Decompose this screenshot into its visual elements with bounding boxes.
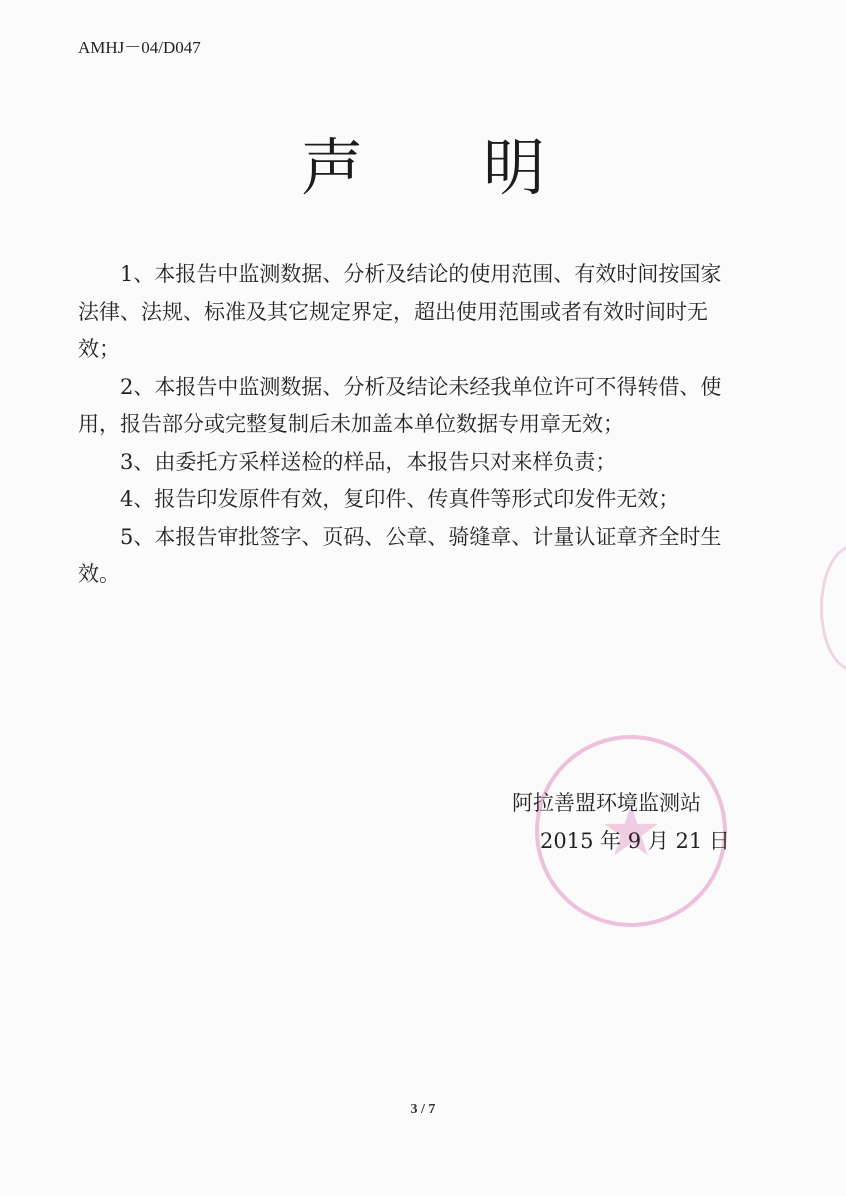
clause-2: 2、本报告中监测数据、分析及结论未经我单位许可不得转借、使用，报告部分或完整复制… [78,369,728,444]
document-code: AMHJ－04/D047 [78,33,201,58]
clause-4: 4、报告印发原件有效，复印件、传真件等形式印发件无效； [78,481,728,519]
organization-name: 阿拉善盟环境监测站 [512,784,730,822]
page-number: 3 / 7 [0,1102,846,1118]
signature-block: 阿拉善盟环境监测站 2015 年 9 月 21 日 [512,784,730,860]
clause-3: 3、由委托方采样送检的样品，本报告只对来样负责； [78,444,728,482]
title-char-2: 明 [483,118,545,207]
clause-1: 1、本报告中监测数据、分析及结论的使用范围、有效时间按国家法律、法规、标准及其它… [78,256,728,369]
page-title: 声明 [0,118,846,207]
clause-5: 5、本报告审批签字、页码、公章、骑缝章、计量认证章齐全时生效。 [78,519,728,594]
signature-date: 2015 年 9 月 21 日 [512,822,730,860]
title-char-1: 声 [301,118,363,207]
seam-seal [820,545,846,671]
declaration-body: 1、本报告中监测数据、分析及结论的使用范围、有效时间按国家法律、法规、标准及其它… [78,256,728,594]
